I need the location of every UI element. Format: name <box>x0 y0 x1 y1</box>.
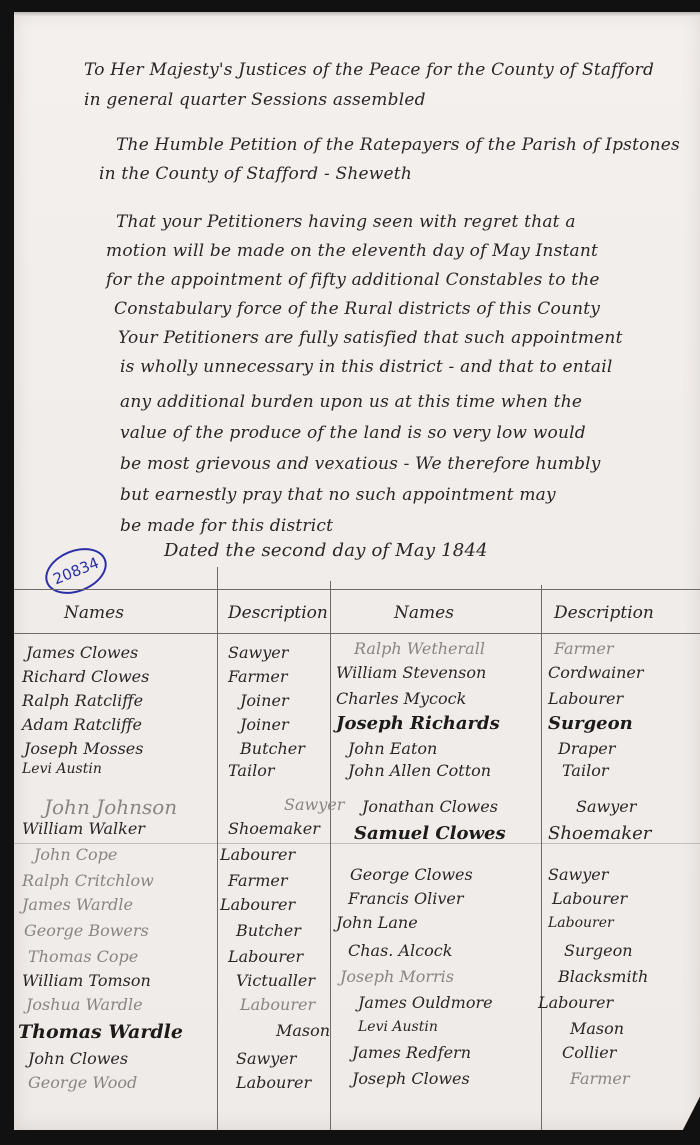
signatory-description: Labourer <box>548 915 614 931</box>
signatory-name: John Eaton <box>348 739 437 758</box>
signatory-description: Labourer <box>228 947 303 966</box>
signatory-description: Shoemaker <box>548 823 651 844</box>
dated-line: Dated the second day of May 1844 <box>164 540 488 561</box>
signatory-description: Sawyer <box>548 865 608 884</box>
signatory-description: Draper <box>558 739 615 758</box>
body-line: be most grievous and vexatious - We ther… <box>120 454 601 474</box>
signatory-name: Joseph Morris <box>340 967 454 986</box>
signatory-description: Joiner <box>240 715 289 734</box>
signatory-description: Farmer <box>570 1069 630 1088</box>
signatory-name: Thomas Wardle <box>18 1021 183 1043</box>
signatory-name: John Johnson <box>44 795 177 819</box>
signatory-description: Joiner <box>240 691 289 710</box>
body-line: motion will be made on the eleventh day … <box>106 241 598 261</box>
signatory-name: John Cope <box>34 845 117 864</box>
petition-page: To Her Majesty's Justices of the Peace f… <box>14 12 700 1130</box>
signatory-description: Labourer <box>220 845 295 864</box>
signatory-name: Levi Austin <box>358 1019 438 1035</box>
signatory-description: Sawyer <box>228 643 288 662</box>
signatory-name: James Redfern <box>352 1043 471 1062</box>
body-line: for the appointment of fifty additional … <box>106 270 600 290</box>
signatory-description: Surgeon <box>548 713 633 734</box>
signatory-name: William Walker <box>22 819 145 838</box>
column-divider-3 <box>541 585 542 1130</box>
signatory-name: Ralph Critchlow <box>22 871 154 890</box>
signatory-name: William Stevenson <box>336 663 486 682</box>
header-names-left: Names <box>64 603 124 623</box>
body-line: is wholly unnecessary in this district -… <box>120 357 613 377</box>
signatory-description: Surgeon <box>564 941 633 960</box>
signatory-description: Butcher <box>240 739 305 758</box>
signatory-description: Sawyer <box>576 797 636 816</box>
signatory-description: Victualler <box>236 971 315 990</box>
column-divider-2 <box>330 581 331 1130</box>
signatory-description: Labourer <box>552 889 627 908</box>
signatory-description: Farmer <box>228 871 288 890</box>
signatory-name: Joseph Clowes <box>352 1069 470 1088</box>
column-divider-1 <box>217 567 218 1130</box>
signatory-description: Farmer <box>228 667 288 686</box>
signatory-name: Chas. Alcock <box>348 941 452 960</box>
signatory-description: Sawyer <box>284 795 344 814</box>
signatory-description: Butcher <box>236 921 301 940</box>
signatory-name: Samuel Clowes <box>354 823 506 844</box>
signatory-description: Shoemaker <box>228 819 320 838</box>
signatory-name: Adam Ratcliffe <box>22 715 142 734</box>
signatory-name: James Wardle <box>22 895 133 914</box>
signatory-name: Levi Austin <box>22 761 102 777</box>
signatory-description: Tailor <box>228 761 274 780</box>
signatory-name: Ralph Ratcliffe <box>22 691 143 710</box>
table-border-top <box>14 589 700 590</box>
body-line: but earnestly pray that no such appointm… <box>120 485 556 505</box>
header-description-right: Description <box>554 603 654 623</box>
signatory-name: James Ouldmore <box>358 993 493 1012</box>
signatory-name: Richard Clowes <box>22 667 149 686</box>
signatory-name: William Tomson <box>22 971 151 990</box>
signatory-name: Joseph Richards <box>336 713 500 734</box>
body-line: That your Petitioners having seen with r… <box>116 212 576 232</box>
signatory-description: Collier <box>562 1043 616 1062</box>
signature-table: Names Description Names Description Jame… <box>14 589 700 1130</box>
signatory-description: Mason <box>570 1019 624 1038</box>
signatory-description: Mason <box>276 1021 330 1040</box>
page-edge <box>14 12 700 16</box>
petition-title-line-1: The Humble Petition of the Ratepayers of… <box>116 135 680 155</box>
signatory-description: Labourer <box>236 1073 311 1092</box>
signatory-description: Labourer <box>240 995 315 1014</box>
signatory-name: George Clowes <box>350 865 473 884</box>
signatory-name: Ralph Wetherall <box>354 639 485 658</box>
signatory-description: Cordwainer <box>548 663 644 682</box>
signatory-name: Charles Mycock <box>336 689 466 708</box>
signatory-name: John Allen Cotton <box>348 761 491 780</box>
body-line: Your Petitioners are fully satisfied tha… <box>118 328 623 348</box>
signatory-description: Farmer <box>554 639 614 658</box>
signatory-description: Labourer <box>538 993 613 1012</box>
signatory-description: Labourer <box>548 689 623 708</box>
signatory-name: Joshua Wardle <box>26 995 143 1014</box>
signatory-name: John Lane <box>336 913 418 932</box>
address-line-2: in general quarter Sessions assembled <box>84 90 426 110</box>
body-line: any additional burden upon us at this ti… <box>120 392 582 412</box>
signatory-description: Labourer <box>220 895 295 914</box>
table-header-divider <box>14 633 700 634</box>
signatory-description: Sawyer <box>236 1049 296 1068</box>
signatory-description: Blacksmith <box>558 967 648 986</box>
signatory-name: Joseph Mosses <box>24 739 143 758</box>
petition-title-line-2: in the County of Stafford - Sheweth <box>99 164 412 184</box>
body-line: be made for this district <box>120 516 333 536</box>
address-line-1: To Her Majesty's Justices of the Peace f… <box>84 60 654 80</box>
body-line: Constabulary force of the Rural district… <box>114 299 600 319</box>
body-line: value of the produce of the land is so v… <box>120 423 586 443</box>
signatory-name: John Clowes <box>28 1049 128 1068</box>
signatory-name: Francis Oliver <box>348 889 463 908</box>
header-names-right: Names <box>394 603 454 623</box>
signatory-name: George Wood <box>28 1073 137 1092</box>
signatory-name: James Clowes <box>26 643 138 662</box>
signatory-name: Thomas Cope <box>28 947 138 966</box>
signatory-name: Jonathan Clowes <box>362 797 498 816</box>
signatory-description: Tailor <box>562 761 608 780</box>
header-description-left: Description <box>228 603 328 623</box>
signatory-name: George Bowers <box>24 921 149 940</box>
